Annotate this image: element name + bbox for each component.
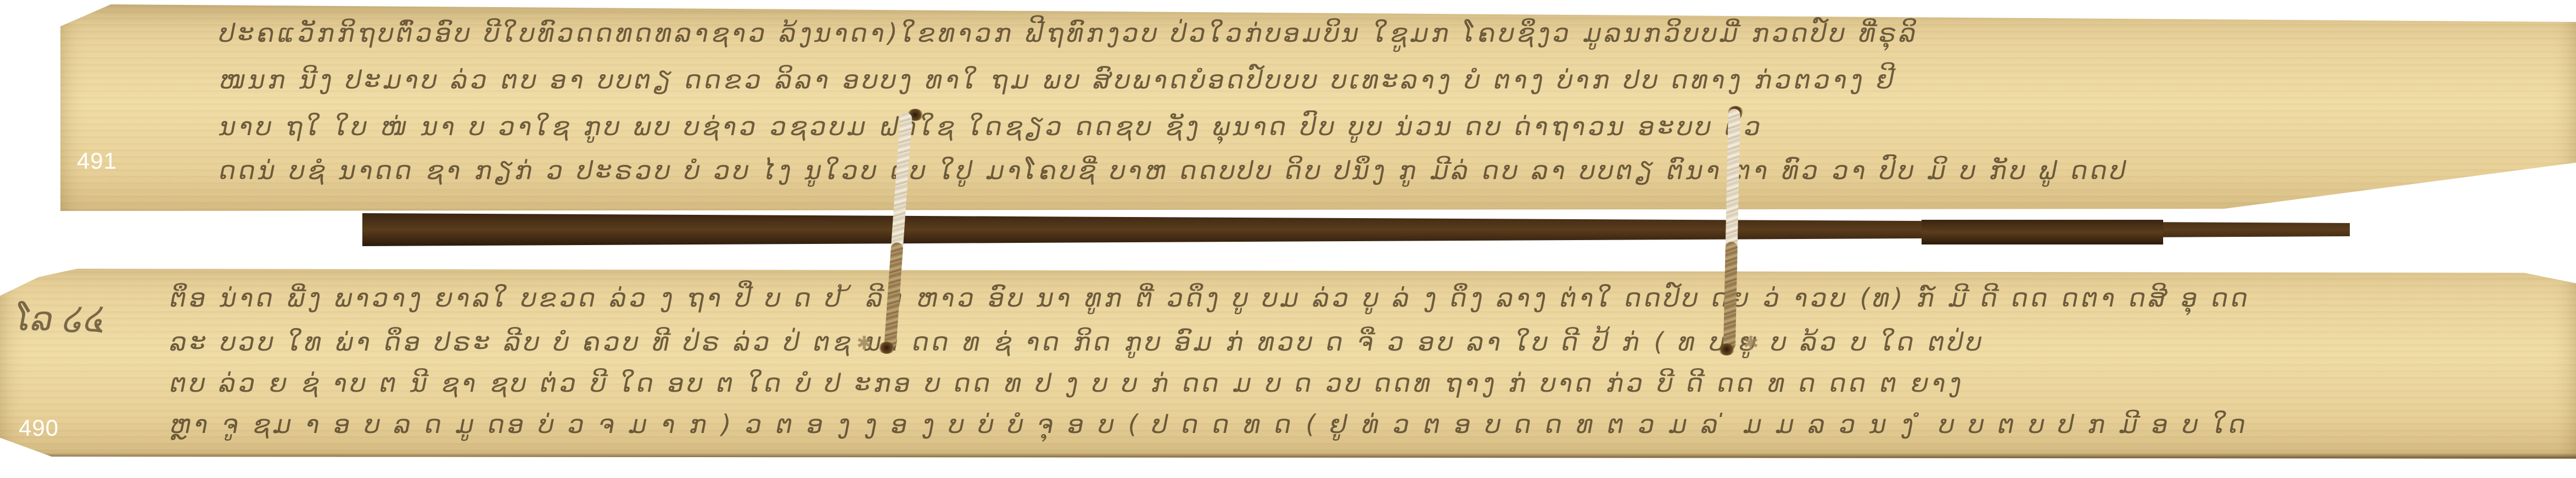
- margin-mark: ໂລ ໒໔: [16, 302, 105, 337]
- folio-number-490: 490: [19, 416, 59, 440]
- text-line: ຕຶອ ນ່າດ ພີ່ງ ພາວາງ ຍາລໃ ບຂວດ ລ່ວ ງ ຖາ ປ…: [170, 283, 2251, 313]
- backing-gap-right: [1922, 220, 2163, 244]
- text-line: ດດນ່ ບຊໍ ນາດດ ຊາ ກຽກ່ ວ ປະຣວບ ບໍ ວບ ໄງ ນ…: [220, 155, 2129, 185]
- string-soiled-end: [1723, 242, 1738, 351]
- string-fray-icon: ✱: [856, 332, 872, 354]
- string-hole-bottom-left: [878, 342, 895, 354]
- text-line: ປະຄແວັກກິຖບຕ່ົວອົບ ບີໃບທົວດດທດທລາຊາວ ລ້ງ…: [220, 18, 1919, 48]
- manuscript-photo: ປະຄແວັກກິຖບຕ່ົວອົບ ບີໃບທົວດດທດທລາຊາວ ລ້ງ…: [0, 0, 2576, 478]
- text-line: ຕບ ລ່ວ ຍ ຊ່ າບ ຕ ນີ ຊາ ຊບ ຕ່ວ ບີ ໃດ ອບ ຕ…: [170, 368, 1964, 398]
- text-line: ຫຼາ ຈູ ຊມ າ ອ ບ ລ ດ ມູ ດອ ບ່ ວ ຈ ມ າ ກ )…: [170, 409, 2249, 439]
- folio-number-491: 491: [77, 149, 117, 173]
- string-fray-icon: ✱: [1743, 332, 1759, 354]
- string-hole-bottom-right: [1718, 343, 1735, 355]
- text-line: ໜນກ ນີງ ປະມາບ ລ່ວ ຕບ ອາ ບບຕຽ ດດຂວ ລິລາ ອ…: [220, 65, 1897, 95]
- text-line: ນາບ ຖໃ ໃບ ໜ່ ນາ ບ ວາໃຊ ກູບ ພບ ບຊ່າວ ວຊວບ…: [220, 112, 1763, 141]
- leaf-bottom-edge: [0, 453, 2576, 460]
- palm-leaf-folio-491: ປະຄແວັກກິຖບຕ່ົວອົບ ບີໃບທົວດດທດທລາຊາວ ລ້ງ…: [60, 4, 2576, 224]
- text-line: ລະ ບວບ ໃທ ພ່າ ດຶອ ປຣະ ລີບ ບໍ ຄວບ ທີ ປ່ຣ …: [170, 327, 1984, 357]
- palm-leaf-folio-490: ໂລ ໒໔ ຕຶອ ນ່າດ ພີ່ງ ພາວາງ ຍາລໃ ບຂວດ ລ່ວ …: [0, 258, 2576, 467]
